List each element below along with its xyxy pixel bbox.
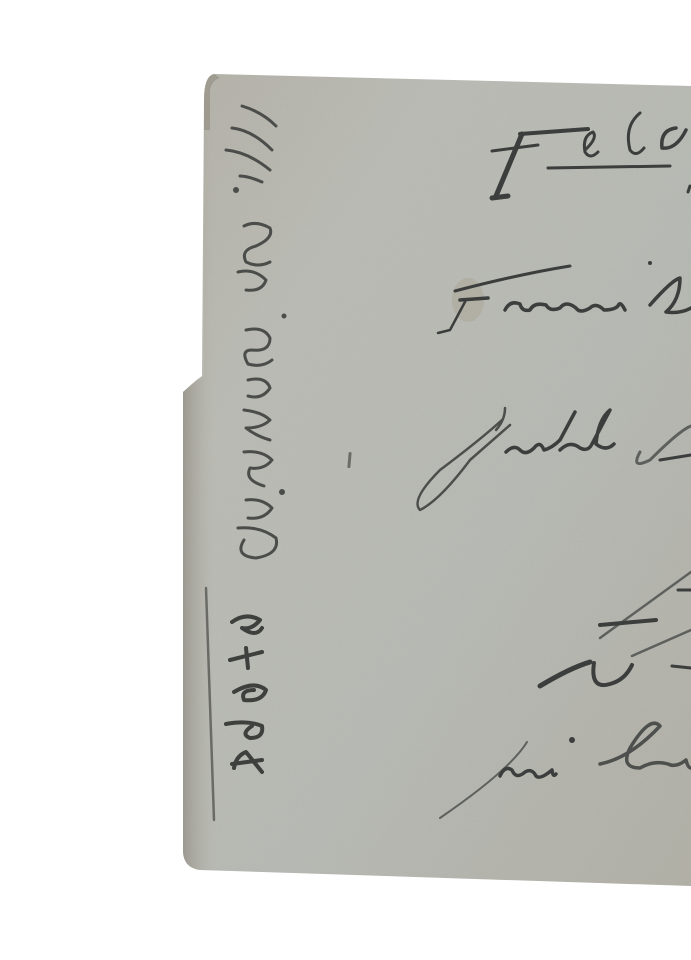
photo-stage: Feld Famil Jakob H L bei Lan Uffz. Heide…: [0, 0, 691, 960]
